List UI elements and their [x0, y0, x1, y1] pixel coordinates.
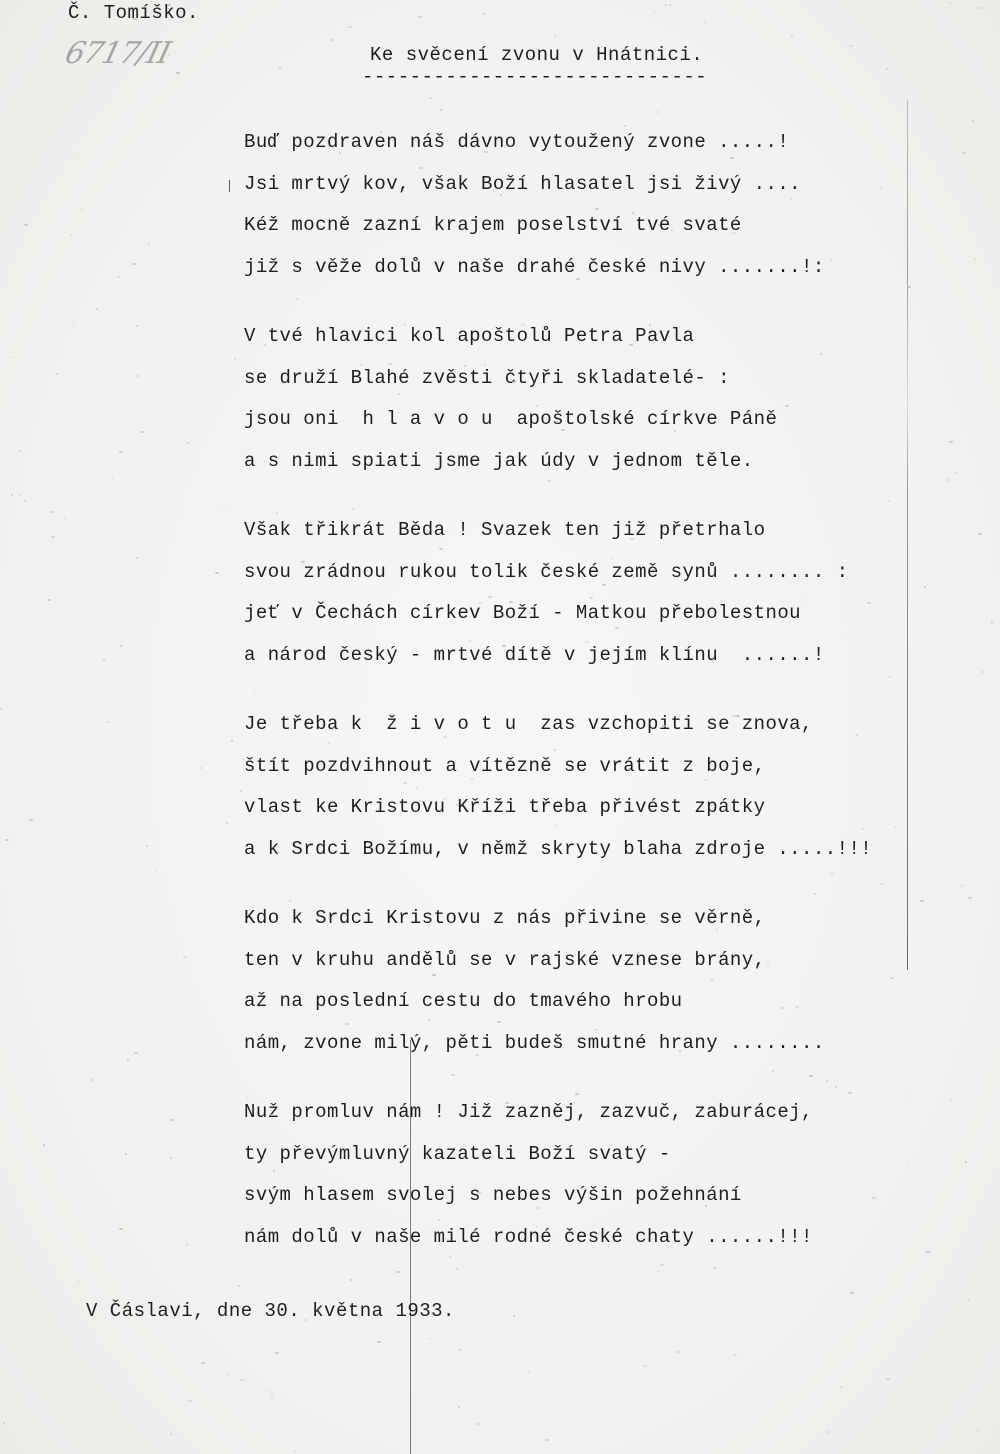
speckle — [118, 276, 120, 278]
speckle — [119, 1228, 123, 1230]
speckle — [294, 1451, 296, 1453]
poem-line: Je třeba k ž i v o t u zas vzchopiti se … — [244, 704, 944, 746]
speckle — [215, 572, 219, 574]
speckle — [155, 869, 157, 871]
speckle — [272, 262, 274, 264]
speckle — [856, 734, 858, 736]
speckle — [561, 429, 565, 431]
speckle — [654, 11, 656, 13]
speckle — [636, 952, 640, 954]
speckle — [890, 977, 894, 979]
poem-line: jsou oni h l a v o u apoštolské církve P… — [244, 399, 944, 441]
speckle — [630, 538, 634, 540]
stanza: Je třeba k ž i v o t u zas vzchopiti se … — [244, 704, 944, 870]
speckle — [475, 1054, 479, 1056]
speckle — [643, 1365, 647, 1367]
speckle — [907, 286, 911, 288]
poem-line: se druží Blahé zvěsti čtyři skladatelé- … — [244, 358, 944, 400]
speckle — [11, 494, 13, 496]
speckle — [127, 1059, 129, 1061]
speckle — [886, 68, 888, 70]
speckle — [528, 612, 532, 614]
speckle — [906, 1164, 908, 1166]
poem-line: Nuž promluv nám ! Již zazněj, zazvuč, za… — [244, 1092, 944, 1134]
poem-line: V tvé hlavici kol apoštolů Petra Pavla — [244, 316, 944, 358]
speckle — [950, 1099, 952, 1101]
speckle — [610, 558, 612, 560]
speckle — [959, 747, 961, 749]
poem-line: nám dolů v naše milé rodné české chaty .… — [244, 1217, 944, 1259]
speckle — [849, 45, 853, 47]
speckle — [292, 179, 294, 181]
speckle — [345, 916, 347, 918]
speckle — [926, 1251, 930, 1253]
speckle — [276, 512, 278, 514]
speckle — [186, 1244, 188, 1246]
speckle — [554, 35, 556, 37]
speckle — [497, 1021, 501, 1023]
speckle — [862, 828, 864, 830]
speckle — [888, 500, 890, 502]
speckle — [273, 1170, 275, 1172]
poem-line: Jsi mrtvý kov, však Boží hlasatel jsi ži… — [244, 164, 944, 206]
speckle — [458, 334, 460, 336]
speckle — [676, 1351, 680, 1353]
speckle — [350, 1279, 352, 1281]
speckle — [981, 671, 985, 673]
speckle — [595, 1029, 597, 1031]
speckle — [629, 344, 633, 346]
speckle — [148, 243, 150, 245]
speckle — [602, 584, 606, 586]
speckle — [416, 787, 418, 789]
speckle — [396, 1271, 400, 1273]
speckle — [469, 640, 471, 642]
speckle — [234, 358, 236, 360]
speckle — [240, 790, 242, 792]
speckle — [733, 1354, 737, 1356]
speckle — [200, 767, 202, 769]
poem-line: Kéž mocně zazní krajem poselství tvé sva… — [244, 205, 944, 247]
stanza: V tvé hlavici kol apoštolů Petra Pavla s… — [244, 316, 944, 482]
speckle — [809, 1075, 813, 1077]
speckle — [107, 721, 109, 723]
speckle — [490, 815, 492, 817]
speckle — [585, 641, 589, 643]
speckle — [471, 778, 473, 780]
speckle — [830, 259, 832, 261]
speckle — [545, 1439, 549, 1441]
speckle — [920, 900, 924, 902]
speckle — [488, 596, 492, 598]
speckle — [977, 1430, 979, 1432]
speckle — [339, 152, 341, 154]
poem-body: Buď pozdraven náš dávno vytoužený zvone … — [244, 122, 944, 1286]
speckle — [266, 1390, 268, 1392]
speckle — [671, 229, 673, 231]
speckle — [458, 1406, 460, 1408]
speckle — [3, 1422, 5, 1424]
speckle — [657, 111, 659, 113]
speckle — [226, 822, 228, 824]
speckle — [397, 412, 399, 414]
speckle — [949, 2, 951, 4]
speckle — [70, 234, 72, 236]
speckle — [19, 494, 21, 496]
speckle — [443, 736, 447, 738]
speckle — [730, 157, 734, 159]
speckle — [167, 4, 171, 6]
speckle — [188, 1400, 192, 1402]
speckle — [974, 258, 976, 260]
speckle — [0, 708, 2, 710]
speckle — [924, 586, 926, 588]
poem-line: svou zrádnou rukou tolik české země synů… — [244, 552, 944, 594]
speckle — [632, 212, 634, 214]
speckle — [29, 819, 33, 821]
speckle — [170, 1119, 174, 1121]
speckle — [360, 364, 362, 366]
speckle — [802, 599, 804, 601]
speckle — [586, 960, 588, 962]
speckle — [848, 1092, 852, 1094]
speckle — [780, 1007, 784, 1009]
speckle — [536, 1226, 538, 1228]
speckle — [351, 508, 355, 510]
stanza: Buď pozdraven náš dávno vytoužený zvone … — [244, 122, 944, 288]
speckle — [451, 1074, 455, 1076]
speckle — [948, 479, 950, 481]
speckle — [965, 1161, 967, 1163]
speckle — [24, 500, 26, 502]
speckle — [699, 1111, 701, 1113]
speckle — [791, 35, 793, 37]
speckle — [660, 1264, 664, 1266]
speckle — [240, 1379, 244, 1381]
speckle — [456, 1268, 458, 1270]
speckle — [348, 26, 352, 28]
speckle — [536, 405, 538, 407]
speckle — [826, 1080, 828, 1082]
speckle — [886, 1378, 890, 1380]
poem-line: ty převýmluvný kazateli Boží svatý - — [244, 1134, 944, 1176]
speckle — [253, 689, 255, 691]
speckle — [140, 431, 144, 433]
speckle — [77, 1281, 79, 1283]
speckle — [576, 278, 580, 280]
speckle — [505, 1102, 509, 1104]
speckle — [566, 266, 568, 268]
speckle — [622, 370, 624, 372]
speckle — [231, 740, 233, 742]
speckle — [242, 758, 244, 760]
speckle — [649, 324, 651, 326]
speckle — [76, 159, 78, 161]
speckle — [619, 144, 621, 146]
speckle — [64, 517, 66, 519]
speckle — [476, 953, 478, 955]
speckle — [704, 21, 706, 23]
speckle — [624, 125, 626, 127]
poem-line: svým hlasem svolej s nebes výšin požehná… — [244, 1175, 944, 1217]
speckle — [713, 1267, 717, 1269]
speckle — [125, 1153, 127, 1155]
speckle — [991, 621, 993, 623]
speckle — [500, 194, 502, 196]
speckle — [112, 477, 114, 479]
document-page: Č. Tomíško. 6717/II Ke svěcení zvonu v H… — [0, 0, 1000, 1454]
speckle — [103, 659, 105, 661]
poem-title: Ke svěcení zvonu v Hnátnici. — [370, 44, 703, 66]
speckle — [513, 1315, 515, 1317]
speckle — [828, 1431, 830, 1433]
speckle — [275, 1352, 279, 1354]
speckle — [247, 702, 249, 704]
speckle — [736, 715, 740, 717]
speckle — [227, 1373, 229, 1375]
stanza: Však třikrát Běda ! Svazek ten již přetr… — [244, 510, 944, 676]
speckle — [657, 1270, 659, 1272]
speckle — [438, 1219, 440, 1221]
speckle — [724, 465, 726, 467]
speckle — [403, 782, 407, 784]
speckle — [615, 627, 619, 629]
speckle — [271, 1396, 273, 1398]
speckle — [972, 120, 974, 122]
speckle — [658, 224, 660, 226]
poem-line: štít pozdvihnout a vítězně se vrátit z b… — [244, 746, 944, 788]
speckle — [880, 187, 882, 189]
speckle — [418, 16, 422, 18]
speckle — [276, 851, 280, 853]
speckle — [482, 13, 486, 15]
speckle — [24, 224, 28, 226]
speckle — [785, 405, 789, 407]
speckle — [633, 576, 635, 578]
speckle — [459, 1349, 461, 1351]
speckle — [19, 450, 21, 452]
poem-line: již s věže dolů v naše drahé české nivy … — [244, 247, 944, 289]
speckle — [345, 1023, 349, 1025]
speckle — [388, 363, 392, 365]
speckle — [429, 97, 433, 99]
speckle — [961, 885, 963, 887]
speckle — [91, 1079, 93, 1081]
speckle — [119, 451, 123, 453]
speckle — [554, 749, 556, 751]
speckle — [978, 533, 982, 535]
speckle — [521, 324, 525, 326]
speckle — [305, 1319, 307, 1321]
speckle — [238, 1285, 240, 1287]
speckle — [478, 602, 482, 604]
speckle — [820, 353, 822, 355]
speckle — [840, 1386, 842, 1388]
speckle — [909, 1095, 911, 1097]
speckle — [665, 4, 667, 6]
speckle — [137, 375, 139, 377]
speckle — [547, 480, 551, 482]
speckle — [71, 322, 73, 324]
speckle — [419, 167, 423, 169]
speckle — [270, 1114, 274, 1116]
speckle — [464, 365, 466, 367]
speckle — [509, 601, 513, 603]
poem-line: a k Srdci Božímu, v němž skryty blaha zd… — [244, 829, 944, 871]
speckle — [790, 198, 792, 200]
speckle — [556, 824, 558, 826]
speckle — [51, 536, 55, 538]
speckle — [246, 1097, 248, 1099]
speckle — [429, 1338, 431, 1340]
speckle — [176, 72, 180, 74]
poem-line: Kdo k Srdci Kristovu z nás přivine se vě… — [244, 898, 944, 940]
poem-line: jeť v Čechách církev Boží - Matkou přebo… — [244, 593, 944, 635]
speckle — [962, 152, 966, 154]
speckle — [201, 1362, 205, 1364]
speckle — [867, 602, 871, 604]
poem-line: až na poslední cestu do tmavého hrobu — [244, 981, 944, 1023]
speckle — [168, 54, 170, 56]
speckle — [972, 415, 974, 417]
speckle — [830, 873, 834, 875]
speckle — [872, 1197, 876, 1199]
speckle — [279, 67, 281, 69]
speckle — [795, 1006, 799, 1008]
speckle — [528, 1371, 530, 1373]
speckle — [295, 298, 299, 300]
speckle — [889, 676, 891, 678]
speckle — [732, 232, 736, 234]
speckle — [674, 430, 676, 432]
speckle — [484, 151, 488, 153]
speckle — [136, 557, 138, 559]
speckle — [669, 4, 673, 6]
speckle — [264, 344, 266, 346]
speckle — [575, 1093, 579, 1095]
speckle — [440, 109, 442, 111]
speckle — [462, 227, 464, 229]
speckle — [301, 561, 305, 563]
speckle — [968, 1299, 970, 1301]
poem-line: a národ český - mrtvé dítě v jejím klínu… — [244, 635, 944, 677]
speckle — [96, 308, 98, 310]
speckle — [13, 356, 15, 358]
speckle — [43, 1144, 45, 1146]
speckle — [432, 974, 436, 976]
speckle — [652, 569, 656, 571]
speckle — [136, 325, 138, 327]
speckle — [456, 804, 458, 806]
title-underline: ----------------------------- — [362, 66, 707, 88]
poem-line: vlast ke Kristovu Kříži třeba přivést zp… — [244, 787, 944, 829]
speckle — [186, 442, 190, 444]
speckle — [56, 373, 58, 375]
speckle — [477, 1423, 479, 1425]
speckle — [398, 393, 400, 395]
stanza: Nuž promluv nám ! Již zazněj, zazvuč, za… — [244, 1092, 944, 1258]
speckle — [880, 883, 884, 885]
speckle — [449, 1256, 451, 1258]
speckle — [835, 1086, 837, 1088]
poem-line: a s nimi spiati jsme jak údy v jednom tě… — [244, 441, 944, 483]
speckle — [132, 263, 136, 265]
poem-line: nám, zvone milý, pěti budeš smutné hrany… — [244, 1023, 944, 1065]
speckle — [894, 826, 896, 828]
speckle — [312, 1187, 314, 1189]
speckle — [484, 364, 486, 366]
speckle — [47, 599, 51, 601]
speckle — [955, 472, 957, 474]
speckle — [330, 39, 334, 41]
stanza: Kdo k Srdci Kristovu z nás přivine se vě… — [244, 898, 944, 1064]
speckle — [133, 18, 137, 20]
speckle — [120, 645, 122, 647]
speckle — [710, 979, 714, 981]
speckle — [183, 956, 187, 958]
speckle — [979, 7, 983, 9]
speckle — [512, 381, 516, 383]
speckle — [949, 441, 953, 443]
speckle — [134, 1052, 138, 1054]
speckle — [327, 742, 331, 744]
speckle — [81, 209, 83, 211]
speckle — [850, 1292, 854, 1294]
speckle — [589, 597, 593, 599]
poem-line: Buď pozdraven náš dávno vytoužený zvone … — [244, 122, 944, 164]
speckle — [619, 207, 621, 209]
handwritten-archive-number: 6717/II — [62, 36, 174, 71]
poem-line: Však třikrát Běda ! Svazek ten již přetr… — [244, 510, 944, 552]
speckle — [419, 800, 421, 802]
speckle — [705, 1205, 707, 1207]
speckle — [223, 509, 225, 511]
author-name: Č. Tomíško. — [68, 2, 199, 24]
speckle — [170, 1157, 172, 1159]
speckle — [5, 839, 9, 841]
speckle — [662, 725, 666, 727]
speckle — [494, 75, 496, 77]
speckle — [679, 1050, 681, 1052]
margin-mark — [229, 180, 230, 192]
poem-line: ten v kruhu andělů se v rajské vznese br… — [244, 940, 944, 982]
speckle — [439, 548, 443, 550]
speckle — [767, 964, 769, 966]
speckle — [502, 645, 506, 647]
speckle — [537, 1207, 539, 1209]
speckle — [968, 897, 972, 899]
speckle — [704, 779, 708, 781]
speckle — [404, 324, 406, 326]
speckle — [289, 900, 291, 902]
speckle — [146, 845, 148, 847]
speckle — [443, 798, 447, 800]
speckle — [716, 929, 718, 931]
speckle — [595, 208, 599, 210]
speckle — [428, 1019, 430, 1021]
speckle — [380, 131, 382, 133]
speckle — [170, 1433, 172, 1435]
speckle — [50, 511, 54, 513]
speckle — [477, 1192, 481, 1194]
speckle — [814, 893, 816, 895]
place-and-date: V Čáslavi, dne 30. května 1933. — [86, 1300, 455, 1322]
speckle — [772, 1070, 774, 1072]
speckle — [377, 1341, 381, 1343]
